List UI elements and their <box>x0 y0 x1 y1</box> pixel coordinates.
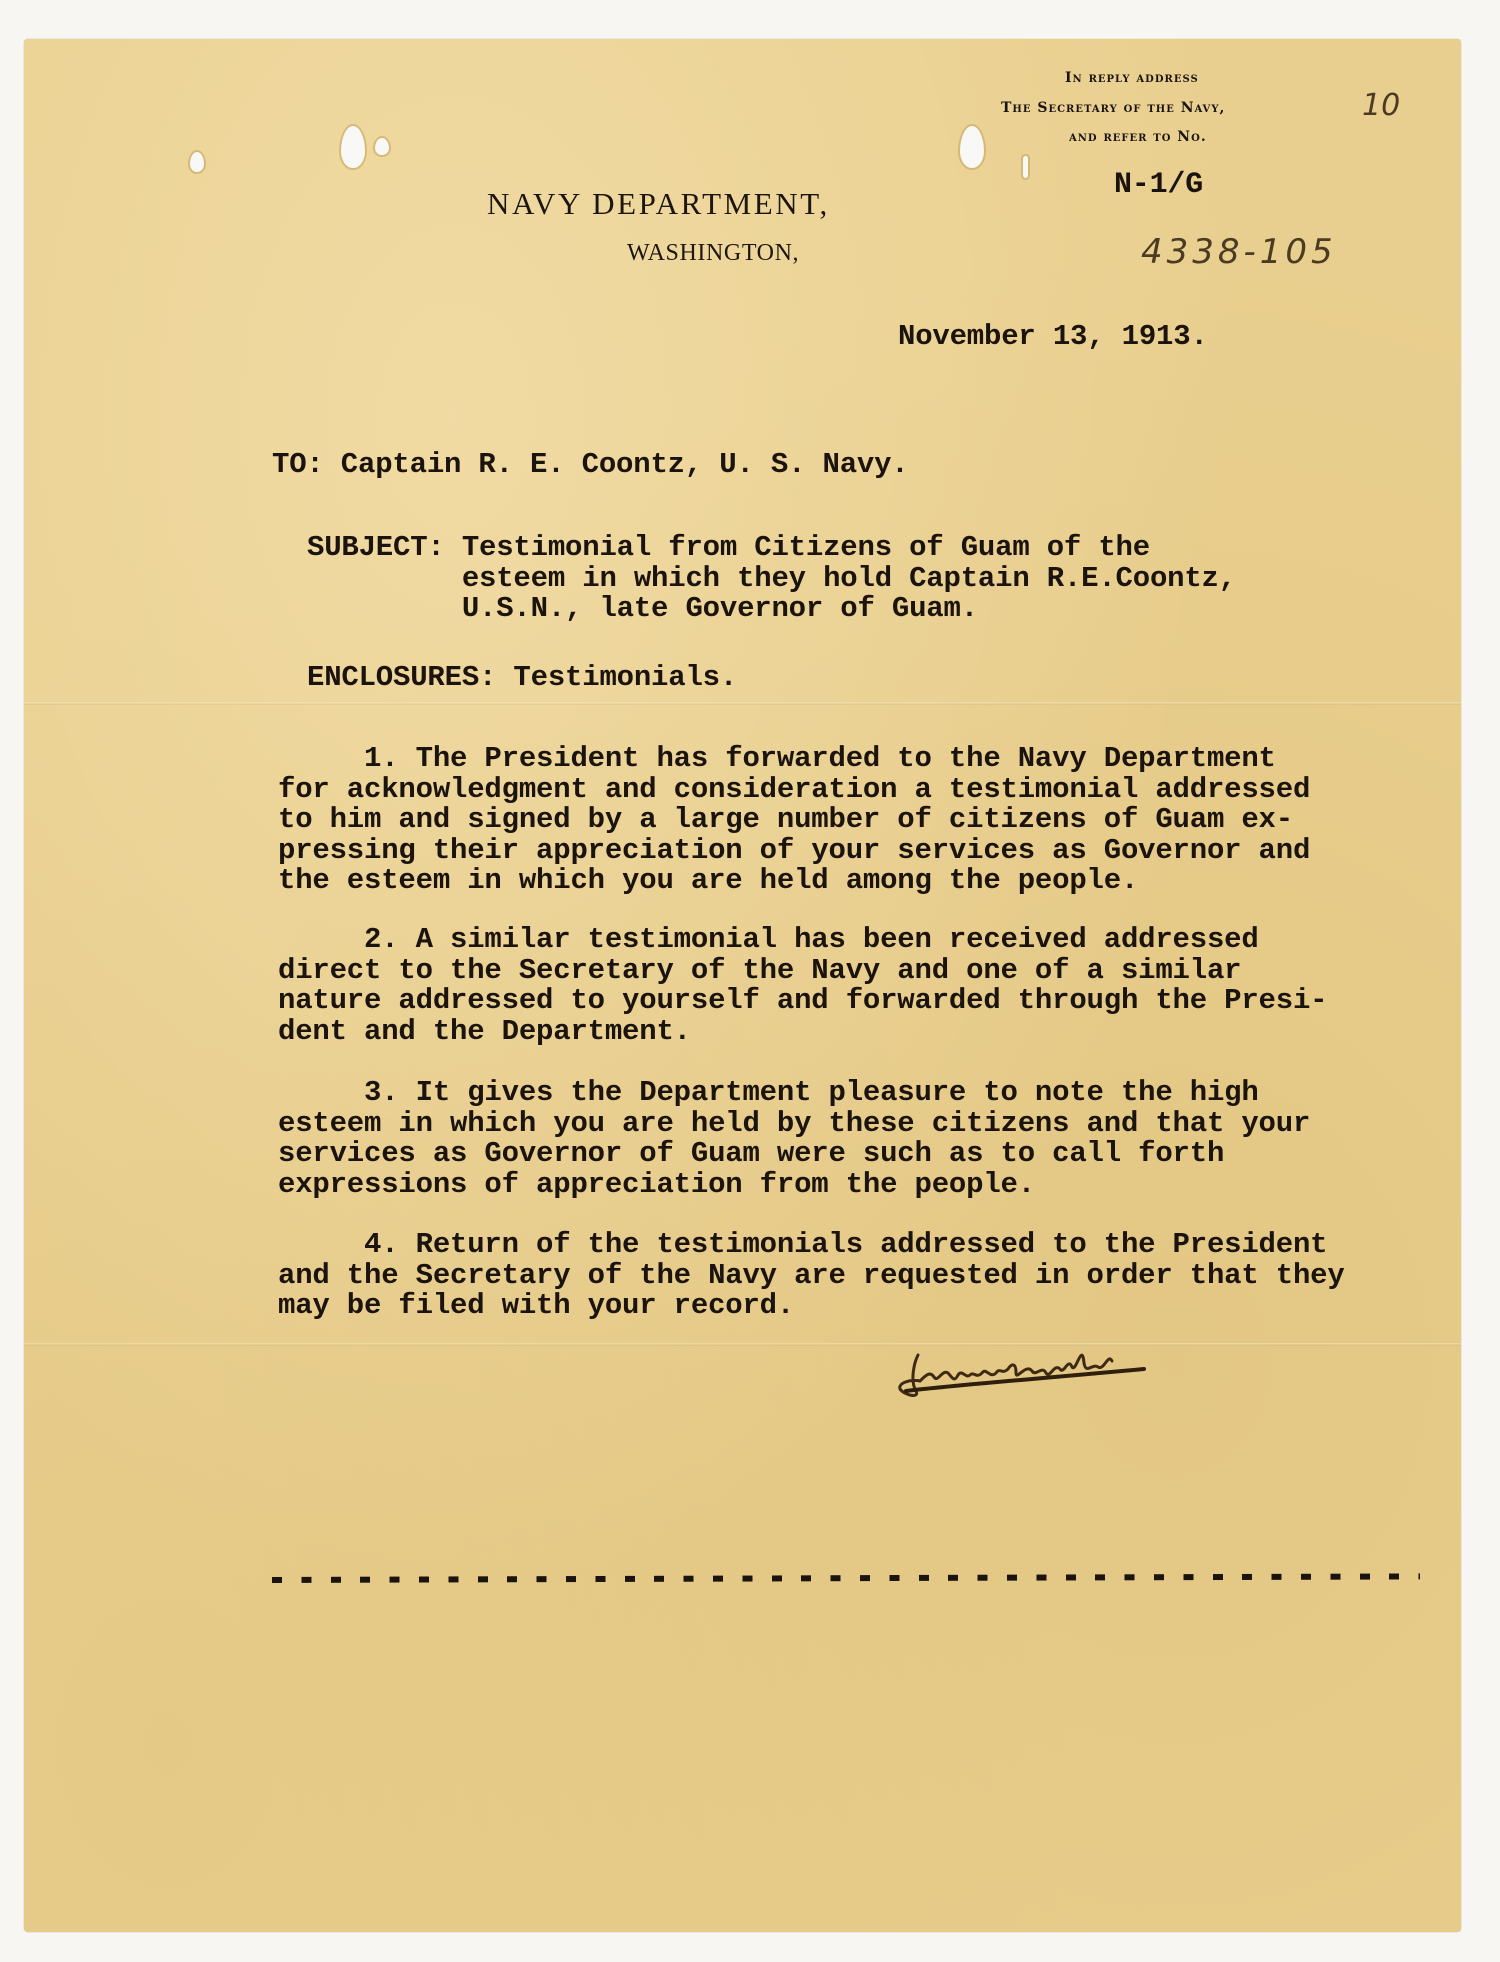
punch-hole <box>375 138 389 155</box>
signature: Josephus Daniels <box>896 1333 1196 1413</box>
paragraph-line: 3. It gives the Department pleasure to n… <box>278 1078 1310 1109</box>
paragraph-3: 3. It gives the Department pleasure to n… <box>278 1078 1310 1200</box>
paragraph-line: expressions of appreciation from the peo… <box>278 1170 1310 1201</box>
punch-hole <box>1023 156 1028 178</box>
file-code: N-1/G <box>1114 170 1203 201</box>
paragraph-line: to him and signed by a large number of c… <box>278 805 1310 836</box>
reply-address-line-1: In reply address <box>1065 70 1199 86</box>
letterhead-title: NAVY DEPARTMENT, <box>487 186 830 222</box>
paragraph-1: 1. The President has forwarded to the Na… <box>278 744 1310 897</box>
enclosures-line: ENCLOSURES: Testimonials. <box>307 663 737 694</box>
paragraph-line: services as Governor of Guam were such a… <box>278 1139 1310 1170</box>
paragraph-4: 4. Return of the testimonials addressed … <box>278 1230 1345 1322</box>
subject-line: U.S.N., late Governor of Guam. <box>307 594 1236 625</box>
handwritten-file-number: 4338-105 <box>1141 232 1337 272</box>
paragraph-line: esteem in which you are held by these ci… <box>278 1109 1310 1140</box>
paragraph-line: pressing their appreciation of your serv… <box>278 836 1310 867</box>
paper-fold-crease <box>24 702 1461 705</box>
recipient-line: TO: Captain R. E. Coontz, U. S. Navy. <box>272 450 909 481</box>
reply-address-line-3: and refer to No. <box>1069 129 1207 145</box>
letterhead-city: WASHINGTON, <box>627 240 799 267</box>
paper-fold-crease <box>24 1343 1461 1346</box>
paragraph-line: the esteem in which you are held among t… <box>278 866 1310 897</box>
subject-block: SUBJECT: Testimonial from Citizens of Gu… <box>307 533 1236 625</box>
signature-scrawl-icon <box>896 1333 1196 1413</box>
subject-line: esteem in which they hold Captain R.E.Co… <box>307 564 1236 595</box>
paragraph-line: 1. The President has forwarded to the Na… <box>278 744 1310 775</box>
paragraph-line: nature addressed to yourself and forward… <box>278 986 1327 1017</box>
paragraph-line: 2. A similar testimonial has been receiv… <box>278 925 1327 956</box>
subject-line: SUBJECT: Testimonial from Citizens of Gu… <box>307 533 1236 564</box>
paragraph-2: 2. A similar testimonial has been receiv… <box>278 925 1327 1047</box>
punch-hole <box>190 152 204 172</box>
punch-hole <box>341 126 365 168</box>
paragraph-line: direct to the Secretary of the Navy and … <box>278 956 1327 987</box>
paragraph-line: 4. Return of the testimonials addressed … <box>278 1230 1345 1261</box>
paragraph-line: and the Secretary of the Navy are reques… <box>278 1261 1345 1292</box>
letter-date: November 13, 1913. <box>898 322 1208 353</box>
paragraph-line: for acknowledgment and consideration a t… <box>278 775 1310 806</box>
paragraph-line: may be filed with your record. <box>278 1291 1345 1322</box>
paragraph-line: dent and the Department. <box>278 1017 1327 1048</box>
reply-address-line-2: The Secretary of the Navy, <box>1001 100 1225 116</box>
punch-hole <box>960 126 984 168</box>
handwritten-mark: 10 <box>1362 88 1400 123</box>
